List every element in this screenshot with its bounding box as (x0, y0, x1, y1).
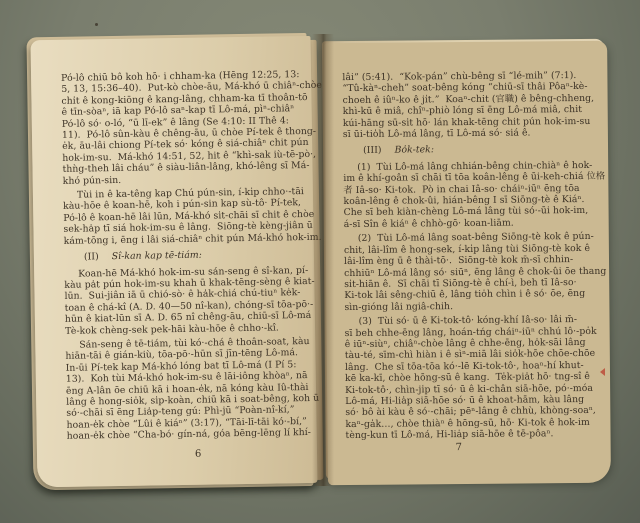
open-book: Pó-lô chiū bô koh hō· i chham-ka (Hēng 1… (38, 36, 606, 488)
dust-speck (95, 23, 98, 26)
paragraph: (2) Tùi Lô-má lâng soat-bêng Siōng-tè ko… (344, 231, 601, 313)
left-page: Pó-lô chiū bô koh hō· i chham-ka (Hēng 1… (37, 40, 324, 484)
section-title: Sî-kan kap tē-tiám: (112, 250, 202, 262)
paragraph: (3) Tùi só· ū ê Ki-tok-tô· kóng-khí Iâ-s… (344, 314, 601, 442)
section-heading: (III)Bo̍k-tek: (363, 143, 599, 156)
paragraph: Koan-hē Má-khó hok-im-su sán-seng ê sî-k… (64, 264, 319, 336)
paragraph: Tùi in ê ka-têng kap Chú pún-sin, í-ki̍p… (63, 186, 318, 247)
section-number: (II) (84, 251, 99, 262)
section-heading: (II)Sî-kan kap tē-tiám: (84, 248, 318, 263)
paragraph: Sán-seng ê tē-tiám, tùi kó·-chá ê thoân-… (65, 336, 321, 443)
right-page-text: lâi” (5:41). “Kok-pán” chù-bêng sī “lé-m… (342, 70, 601, 445)
page-number: 7 (456, 442, 462, 453)
paragraph: lâi” (5:41). “Kok-pán” chù-bêng sī “lé-m… (342, 70, 599, 141)
section-number: (III) (363, 145, 382, 156)
left-page-text: Pó-lô chiū bô koh hō· i chham-ka (Hēng 1… (61, 69, 321, 446)
book-photo: Pó-lô chiū bô koh hō· i chham-ka (Hēng 1… (0, 0, 640, 523)
page-number: 6 (195, 449, 202, 460)
section-title: Bo̍k-tek: (395, 145, 435, 156)
paragraph: (1) Tùi Lô-má lâng chhián-bêng chin-chià… (343, 160, 600, 231)
paragraph: Pó-lô chiū bô koh hō· i chham-ka (Hēng 1… (61, 69, 317, 187)
right-page: lâi” (5:41). “Kok-pán” chù-bêng sī “lé-m… (322, 39, 608, 479)
